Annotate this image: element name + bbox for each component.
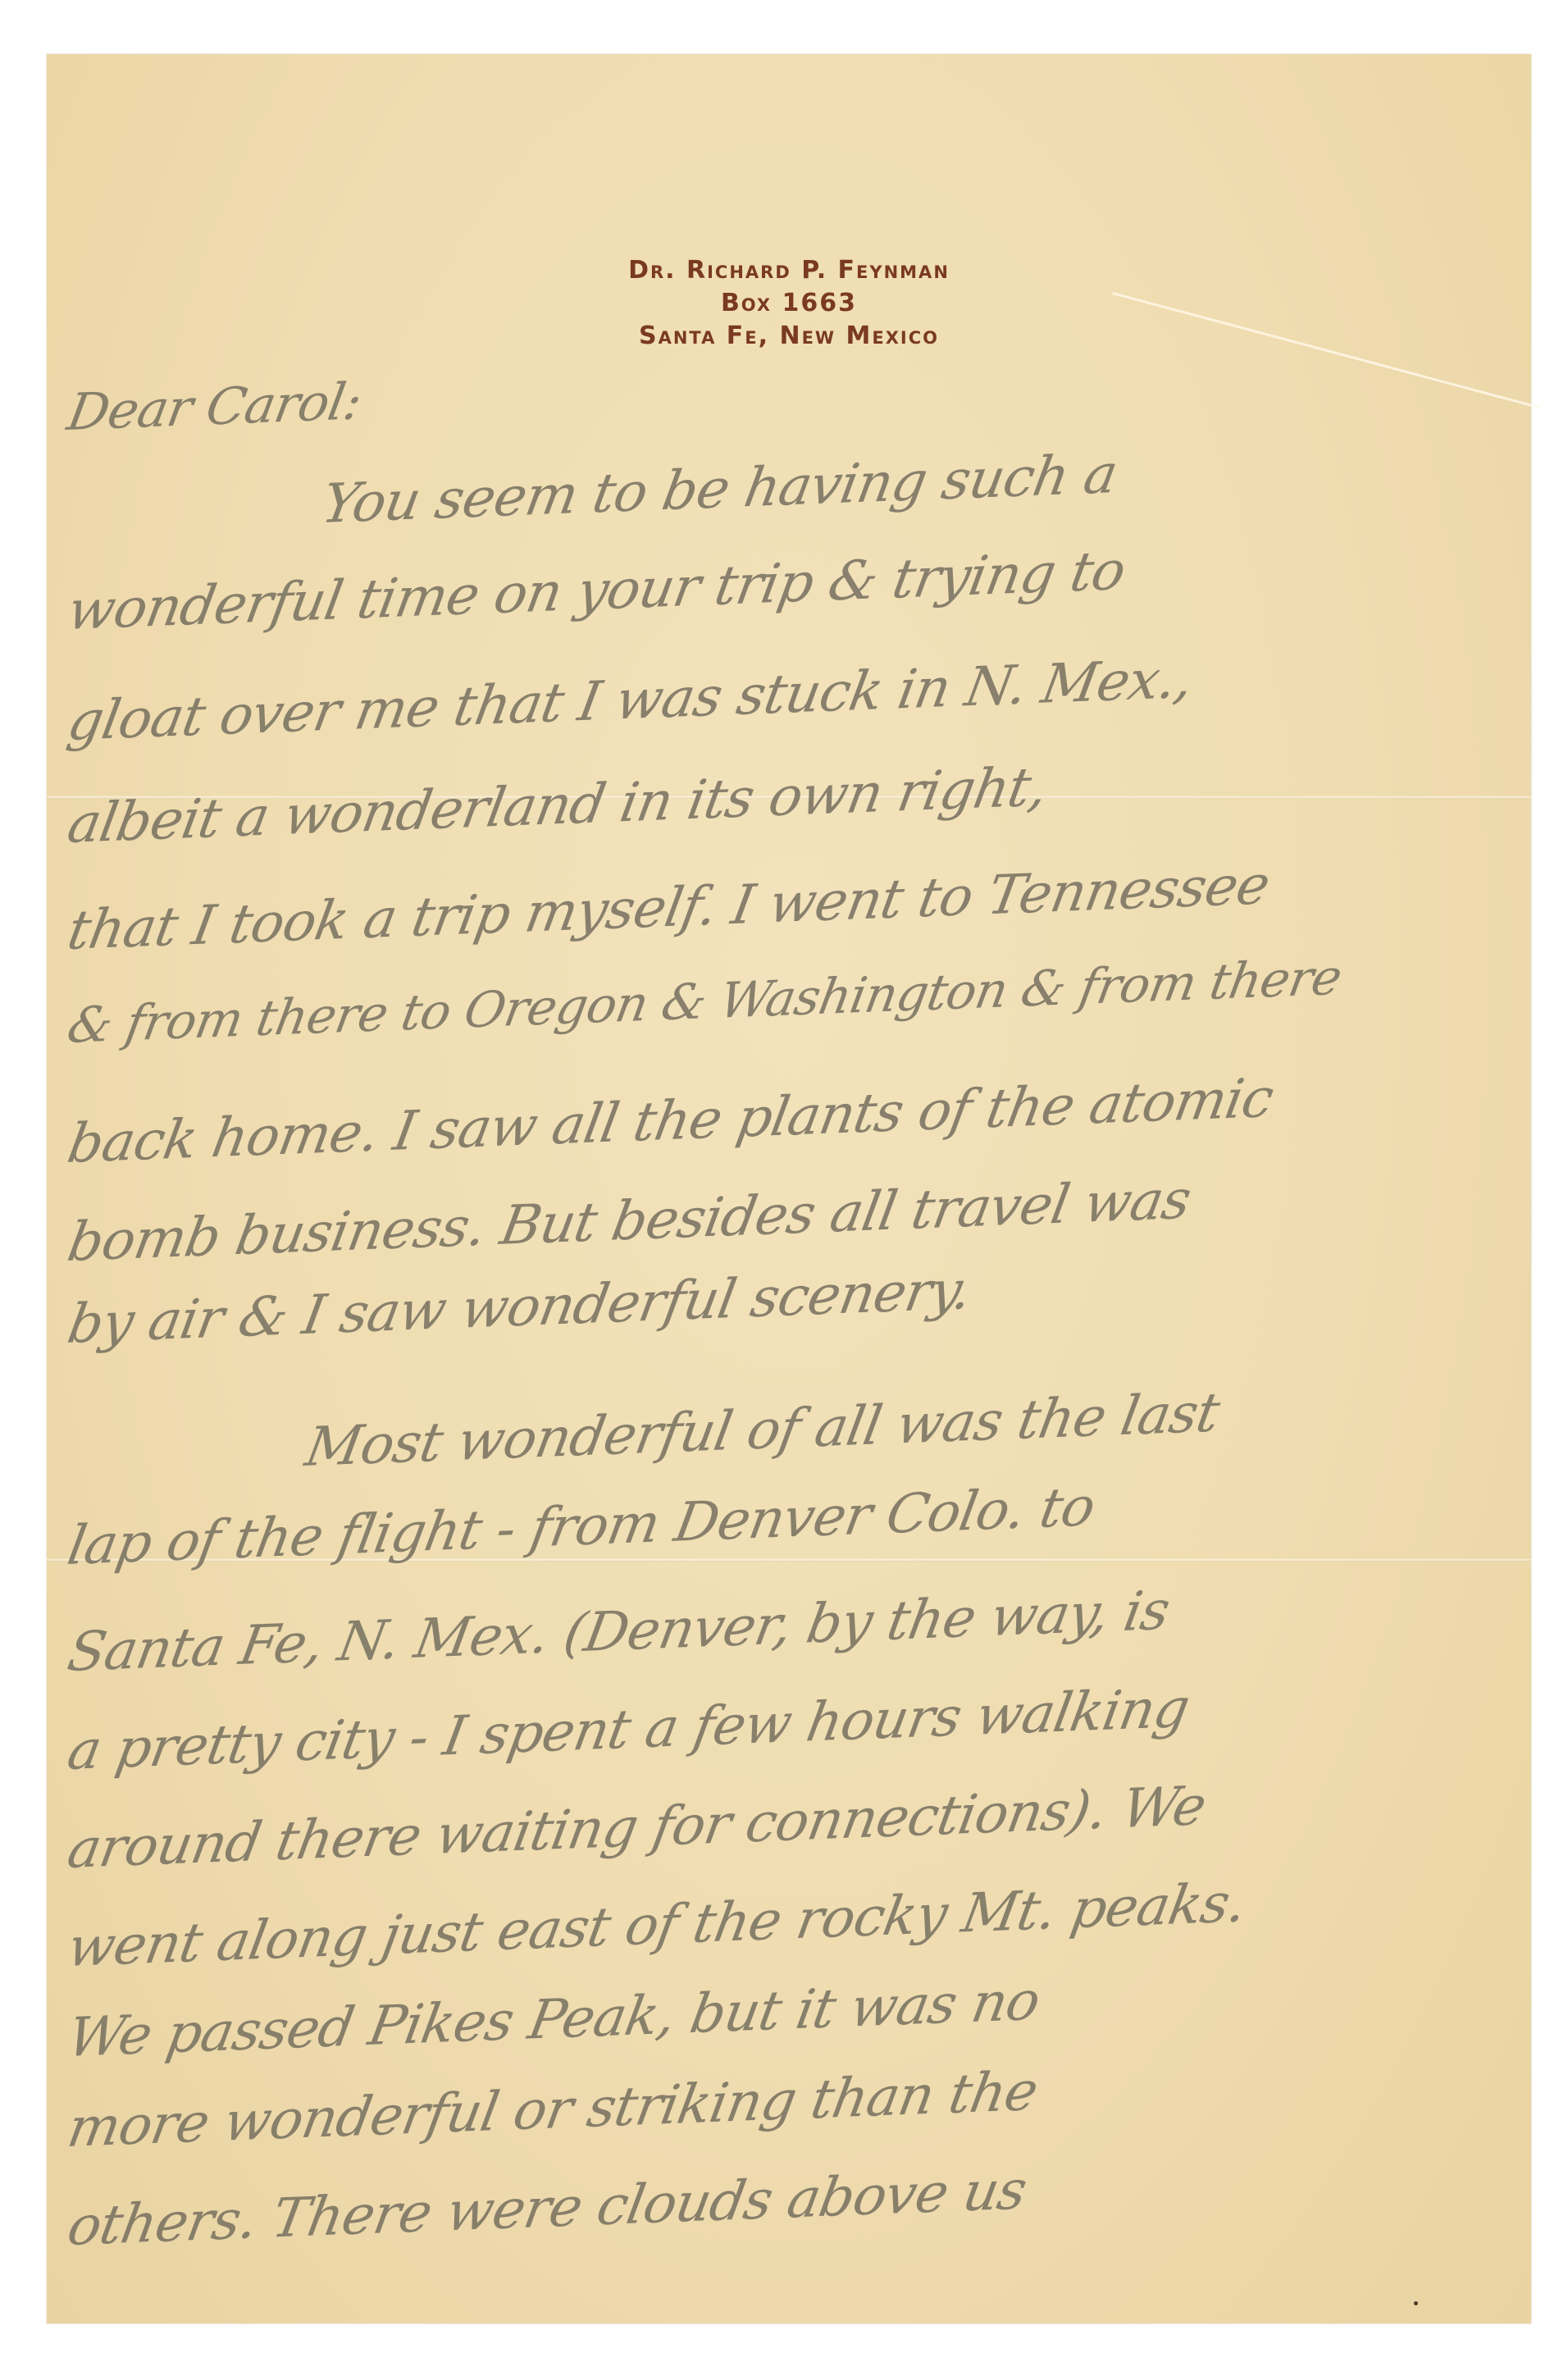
- letter-line: Santa Fe, N. Mex. (Denver, by the way, i…: [63, 1579, 1174, 1684]
- letter-line: lap of the flight - from Denver Colo. to: [63, 1475, 1099, 1577]
- letter-line: a pretty city - I spent a few hours walk…: [63, 1676, 1194, 1782]
- letter-line: wonderful time on your trip & trying to: [63, 539, 1130, 642]
- handwritten-body: Dear Carol: You seem to be having such a…: [47, 54, 1531, 2323]
- paper-speck: [1414, 2301, 1418, 2305]
- letter-line: went along just east of the rocky Mt. pe…: [63, 1871, 1251, 1979]
- letter-line: more wonderful or striking than the: [63, 2059, 1042, 2159]
- letter-line: You seem to be having such a: [317, 442, 1122, 536]
- letter-line: & from there to Oregon & Washington & fr…: [63, 949, 1346, 1055]
- letter-line: others. There were clouds above us: [63, 2159, 1031, 2258]
- letter-line: We passed Pikes Peak, but it was no: [63, 1969, 1044, 2069]
- letter-line: by air & I saw wonderful scenery.: [63, 1258, 976, 1356]
- letter-line: gloat over me that I was stuck in N. Mex…: [63, 647, 1197, 753]
- salutation: Dear Carol:: [63, 371, 366, 442]
- letter-line: albeit a wonderland in its own right,: [63, 755, 1051, 855]
- letter-line: that I took a trip myself. I went to Ten…: [63, 853, 1274, 962]
- letter-line: bomb business. But besides all travel wa…: [63, 1168, 1195, 1274]
- letter-line: around there waiting for connections). W…: [63, 1774, 1210, 1881]
- letter-sheet: Dr. Richard P. Feynman Box 1663 Santa Fe…: [47, 54, 1531, 2323]
- letter-line: Most wonderful of all was the last: [301, 1381, 1224, 1479]
- letter-line: back home. I saw all the plants of the a…: [63, 1066, 1278, 1175]
